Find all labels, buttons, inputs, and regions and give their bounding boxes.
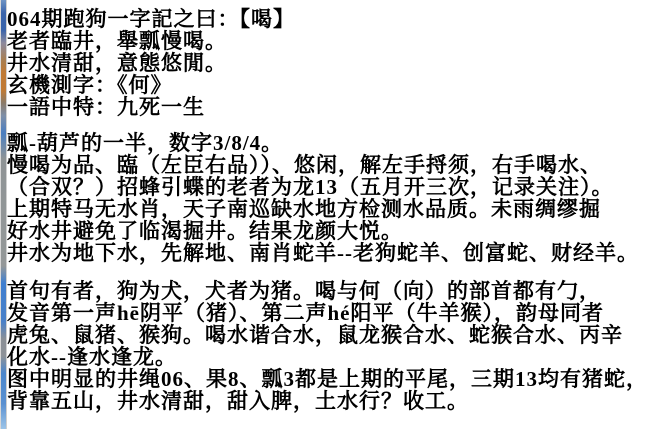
- text-line: 慢喝为品、臨（左臣右品））、悠闲，解左手捋须，右手喝水、: [7, 154, 661, 176]
- text-line: 虎兔、鼠猪、猴狗。喝水谐合水，鼠龙猴合水、蛇猴合水、丙辛: [7, 324, 661, 346]
- text-line: 图中明显的井绳06、果8、瓢3都是上期的平尾，三期13均有猪蛇，: [7, 368, 661, 390]
- text-line: （合双？）招蜂引蝶的老者为龙13（五月开三次，记录关注）。: [7, 176, 661, 198]
- verse-line: 老者臨井，舉瓢慢喝。: [7, 30, 661, 52]
- verse-line: 井水清甜，意態悠閒。: [7, 52, 661, 74]
- special-hint-line: 一語中特：九死一生: [7, 96, 661, 118]
- text-line: 化水--逢水逢龙。: [7, 346, 661, 368]
- post-body: 064期跑狗一字記之曰：【喝】 老者臨井，舉瓢慢喝。 井水清甜，意態悠閒。 玄機…: [7, 8, 661, 412]
- mystery-word-line: 玄機測字：《何》: [7, 74, 661, 96]
- text-line: 井水为地下水，先解地、南肖蛇羊--老狗蛇羊、创富蛇、财经羊。: [7, 242, 661, 264]
- text-line: 首句有者，狗为犬，犬者为猪。喝与何（向）的部首都有勹，: [7, 280, 661, 302]
- text-line: 发音第一声hē阴平（猪）、第二声hé阳平（牛羊猴），韵母同者: [7, 302, 661, 324]
- paragraph-header-verse: 064期跑狗一字記之曰：【喝】 老者臨井，舉瓢慢喝。 井水清甜，意態悠閒。 玄機…: [7, 8, 661, 118]
- title-line: 064期跑狗一字記之曰：【喝】: [7, 8, 661, 30]
- paragraph-analysis-1: 瓢-葫芦的一半，数字3/8/4。 慢喝为品、臨（左臣右品））、悠闲，解左手捋须，…: [7, 132, 661, 264]
- text-line: 瓢-葫芦的一半，数字3/8/4。: [7, 132, 661, 154]
- left-edge-strip: [0, 0, 7, 429]
- text-line: 上期特马无水肖，天子南巡缺水地方检测水品质。未雨绸缪掘: [7, 198, 661, 220]
- text-line: 背靠五山，井水清甜，甜入脾，土水行？收工。: [7, 390, 661, 412]
- text-line: 好水井避免了临渴掘井。结果龙颜大悦。: [7, 220, 661, 242]
- paragraph-analysis-2: 首句有者，狗为犬，犬者为猪。喝与何（向）的部首都有勹， 发音第一声hē阴平（猪）…: [7, 280, 661, 412]
